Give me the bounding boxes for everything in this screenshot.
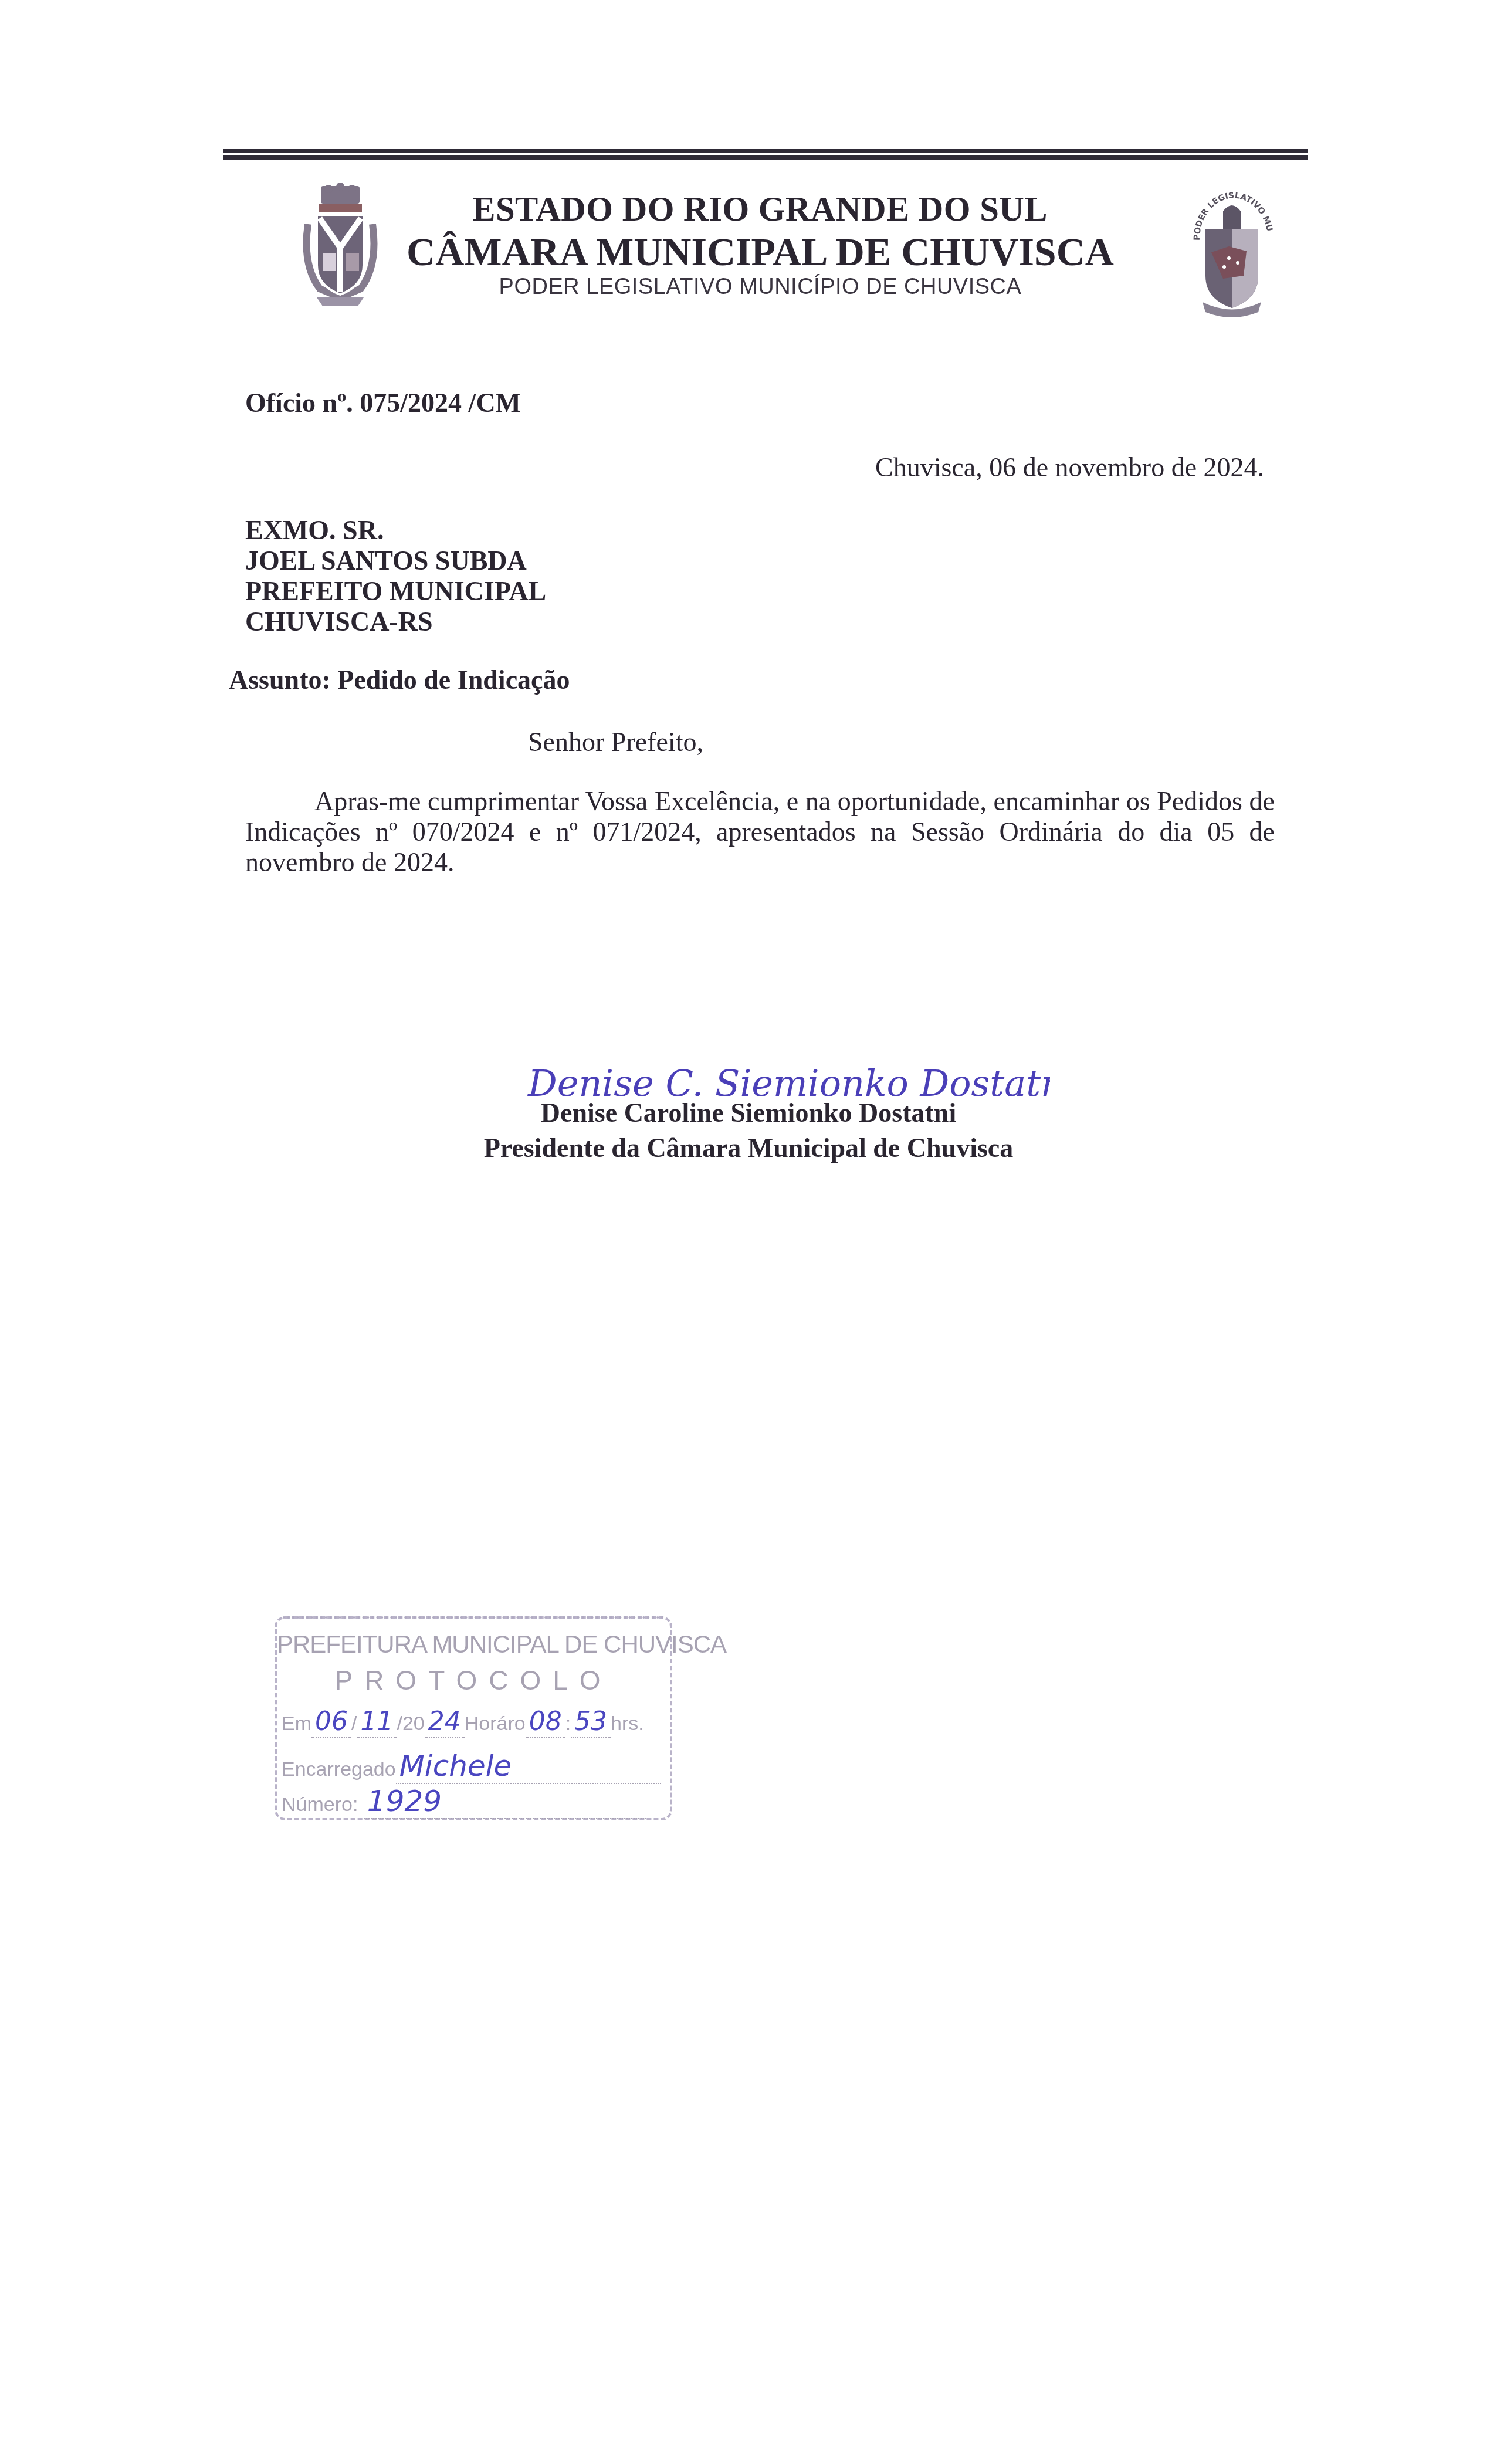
- stamp-clerk-signature: Michele: [396, 1749, 661, 1784]
- protocol-stamp: PREFEITURA MUNICIPAL DE CHUVISCA PROTOCO…: [275, 1616, 672, 1820]
- stamp-time-suffix: hrs.: [611, 1712, 644, 1735]
- stamp-year: 24: [425, 1707, 465, 1738]
- recipient-line: CHUVISCA-RS: [245, 607, 546, 637]
- stamp-year-prefix: /20: [397, 1712, 424, 1735]
- stamp-clerk-row: EncarregadoMichele: [282, 1749, 665, 1784]
- stamp-time-label: Horáro: [465, 1712, 526, 1735]
- stamp-hour: 08: [526, 1707, 565, 1738]
- stamp-border-top: [283, 1616, 664, 1619]
- recipient-block: EXMO. SR. JOEL SANTOS SUBDA PREFEITO MUN…: [245, 515, 546, 637]
- letter-body: Apras-me cumprimentar Vossa Excelência, …: [245, 786, 1275, 878]
- salutation: Senhor Prefeito,: [528, 726, 703, 757]
- stamp-number-label: Número:: [282, 1793, 358, 1816]
- stamp-title: PROTOCOLO: [277, 1664, 670, 1696]
- place-date: Chuvisca, 06 de novembro de 2024.: [875, 452, 1264, 483]
- stamp-number-row: Número: 1929: [282, 1784, 665, 1819]
- stamp-day: 06: [311, 1707, 351, 1738]
- recipient-line: EXMO. SR.: [245, 515, 546, 546]
- recipient-line: JOEL SANTOS SUBDA: [245, 546, 546, 576]
- stamp-date-row: Em06/11/2024Horáro08:53hrs.: [282, 1707, 665, 1738]
- header-rule-top: [223, 149, 1308, 153]
- stamp-number: 1929: [364, 1784, 646, 1819]
- letter-reference: Ofício nº. 075/2024 /CM: [245, 387, 521, 418]
- stamp-minute: 53: [571, 1707, 611, 1738]
- stamp-organization: PREFEITURA MUNICIPAL DE CHUVISCA: [277, 1630, 670, 1659]
- letter-body-text: Apras-me cumprimentar Vossa Excelência, …: [245, 786, 1275, 877]
- legislative-crest-icon: PODER LEGISLATIVO MUNICIPAL: [1188, 176, 1276, 320]
- stamp-date-label: Em: [282, 1712, 311, 1735]
- stamp-clerk-label: Encarregado: [282, 1758, 396, 1781]
- stamp-month: 11: [357, 1707, 397, 1738]
- signer-role: Presidente da Câmara Municipal de Chuvis…: [0, 1132, 1497, 1163]
- header-rule-bottom: [223, 155, 1308, 160]
- letter-subject: Assunto: Pedido de Indicação: [229, 664, 570, 695]
- recipient-line: PREFEITO MUNICIPAL: [245, 576, 546, 607]
- signer-name: Denise Caroline Siemionko Dostatni: [0, 1097, 1497, 1128]
